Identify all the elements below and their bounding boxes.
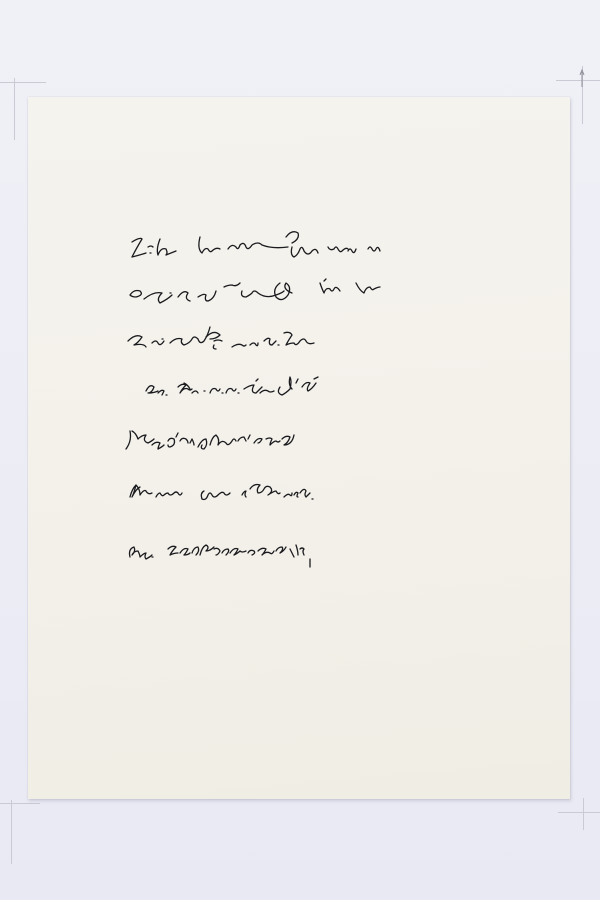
paper-sheet: [asemic script line 1] [asemic script li…	[28, 97, 570, 799]
handwriting-line-1	[132, 232, 380, 257]
registration-arrow-icon	[579, 68, 585, 88]
crop-mark-bottom-right-v	[583, 798, 584, 830]
handwriting-line-2	[130, 279, 380, 303]
crop-mark-bottom-left-v	[11, 800, 12, 864]
handwriting-line-5	[126, 431, 294, 449]
crop-mark-bottom-right-h	[558, 812, 600, 813]
crop-mark-top-left-h	[0, 82, 46, 83]
handwriting	[28, 97, 570, 799]
crop-mark-bottom-left-h	[0, 803, 40, 804]
handwriting-line-3	[128, 327, 314, 349]
crop-mark-top-right-h	[556, 80, 600, 81]
crop-mark-top-left-v	[14, 78, 15, 140]
handwriting-line-7	[130, 545, 311, 567]
handwriting-line-6	[130, 485, 313, 500]
handwriting-line-4	[146, 377, 318, 395]
